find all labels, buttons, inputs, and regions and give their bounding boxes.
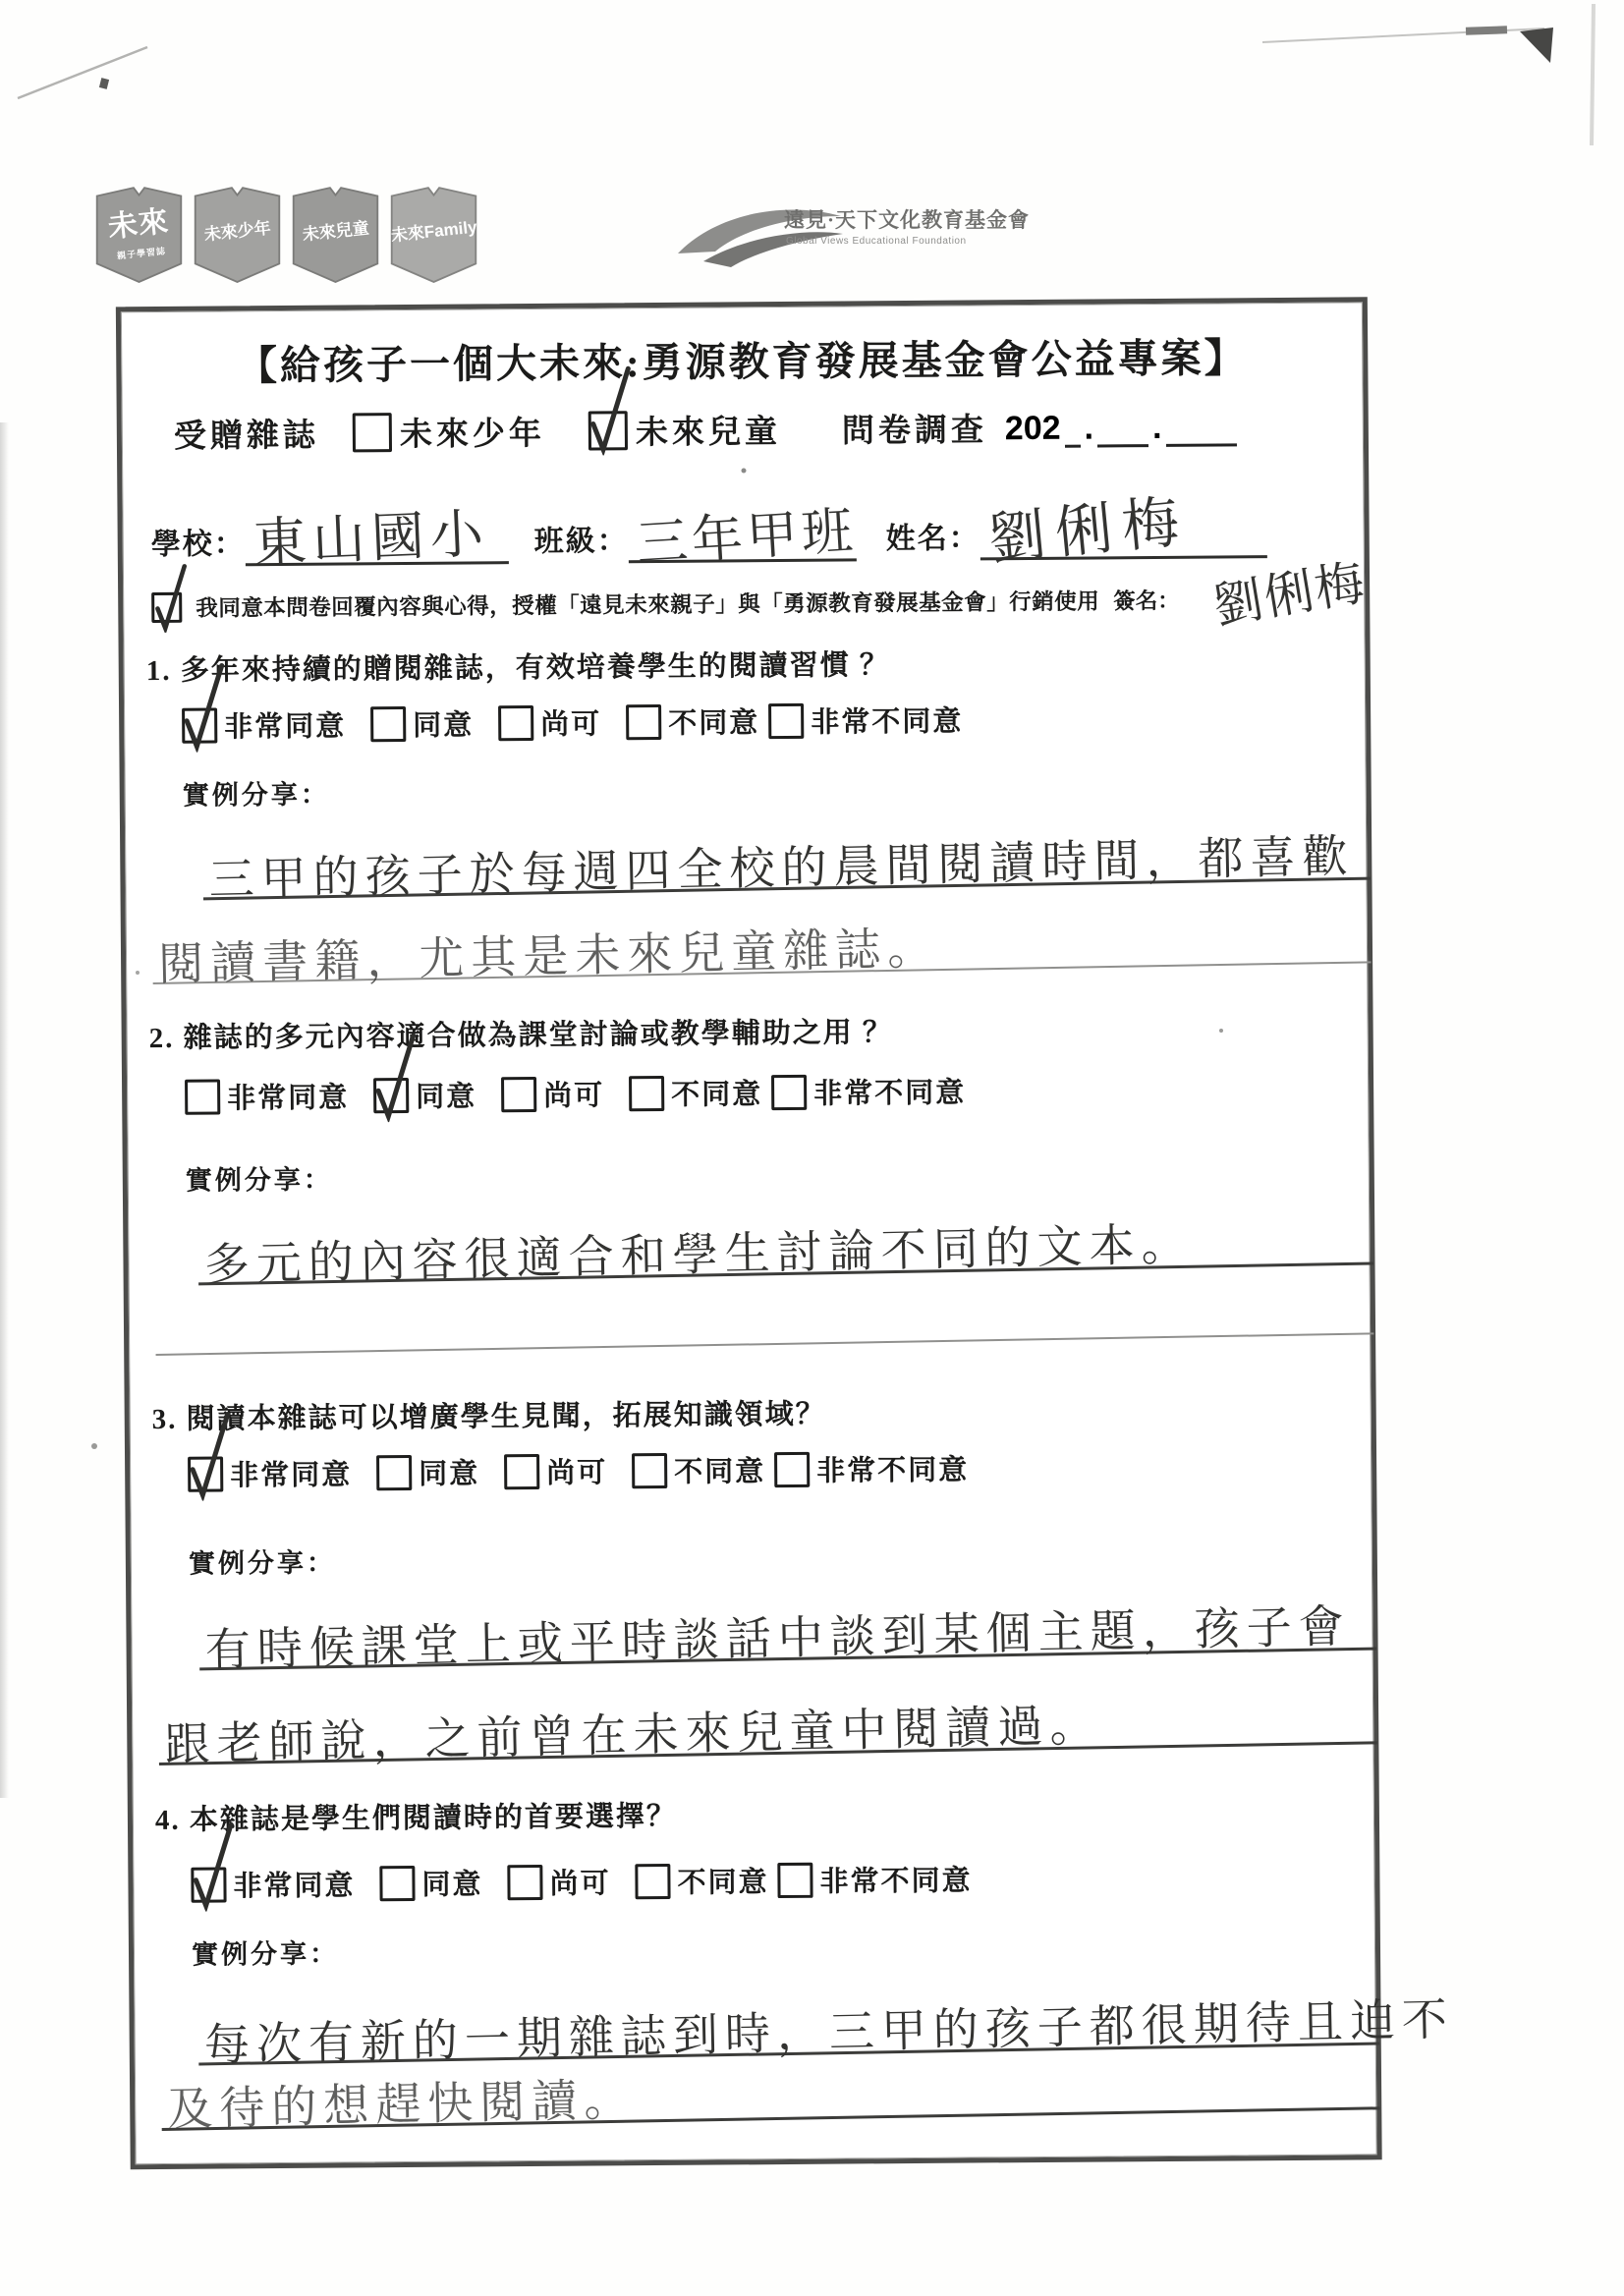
checkbox-strongly-disagree: [774, 1451, 810, 1486]
share-label: 實例分享：: [192, 1932, 339, 1972]
student-info-row: 學校： 東山國小 班級： 三年甲班 姓名： 劉俐梅: [150, 490, 1267, 567]
option-fair: 尚可: [504, 1450, 607, 1491]
checkbox-future-children: [588, 411, 628, 450]
logo-label: 未來兒童: [301, 213, 369, 245]
consent-checkbox: [151, 591, 182, 622]
option-strongly-agree: 非常同意: [188, 1452, 352, 1493]
checkbox-strongly-disagree: [777, 1862, 812, 1897]
question-1-text: 1. 多年來持續的贈閱雜誌，有效培養學生的閱讀習慣 ？: [146, 643, 891, 689]
class-label: 班級：: [534, 516, 629, 564]
school-handwriting: 東山國小: [252, 491, 490, 577]
option-strongly-agree: 非常同意: [182, 703, 346, 745]
option-fair: 尚可: [501, 1073, 604, 1114]
option-disagree: 不同意: [635, 1860, 768, 1901]
option-strongly-disagree: 非常不同意: [768, 700, 963, 742]
question-2-text: 2. 雜誌的多元內容適合做為課堂討論或教學輔助之用 ？: [149, 1010, 894, 1056]
question-2-options: 非常同意 同意 尚可 不同意 非常不同意: [185, 1071, 966, 1117]
answer-handwriting: 閱讀書籍，尤其是未來兒童雜誌。: [158, 913, 940, 994]
logo-label: 未來少年: [202, 213, 271, 245]
checkbox-agree: [376, 1454, 412, 1489]
option-disagree: 不同意: [632, 1449, 765, 1490]
checkbox-strongly-agree: [182, 707, 217, 743]
foundation-name-zh: 遠見·天下文化教育基金會: [784, 204, 1030, 234]
logo-future-junior: 未來少年: [192, 185, 283, 286]
magazine-option-label: 未來少年: [400, 408, 545, 455]
answer-line: 有時候課堂上或平時談話中談到某個主題，孩子會: [198, 1561, 1376, 1671]
checkbox-strongly-agree: [191, 1867, 226, 1902]
school-label: 學校：: [151, 519, 246, 567]
checkbox-agree: [370, 706, 406, 742]
question-3-options: 非常同意 同意 尚可 不同意 非常不同意: [188, 1448, 969, 1494]
consent-row: 我同意本問卷回覆內容與心得，授權「遠見未來親子」與「勇源教育發展基金會」行銷使用…: [151, 582, 1360, 623]
logo-sublabel: 親子學習誌: [116, 244, 166, 261]
survey-form-box: 【給孩子一個大未來:勇源教育發展基金會公益專案】 受贈雜誌 未來少年 未來兒童 …: [116, 297, 1382, 2169]
gift-magazine-row: 受贈雜誌 未來少年 未來兒童 問卷調查 202..: [174, 402, 1237, 456]
checkbox-future-junior: [353, 413, 392, 452]
option-strongly-agree: 非常同意: [185, 1075, 349, 1116]
option-agree: 同意: [373, 1074, 476, 1115]
checkbox-disagree: [632, 1452, 667, 1487]
option-fair: 尚可: [498, 701, 601, 743]
answer-line: 多元的內容很適合和學生討論不同的文本。: [197, 1178, 1373, 1286]
option-disagree: 不同意: [629, 1072, 762, 1113]
foundation-name-en: Global Views Educational Foundation: [786, 236, 967, 247]
logo-label: 未來: [105, 196, 170, 246]
scanned-survey-page: 未來親子學習誌 未來少年 未來兒童 未來Family 遠見·天下文化教育基金會: [0, 0, 1624, 2296]
option-agree: 同意: [379, 1862, 482, 1903]
question-3-text: 3. 閱讀本雜誌可以增廣學生見聞，拓展知識領域？: [152, 1392, 826, 1437]
option-strongly-agree: 非常同意: [191, 1863, 355, 1904]
date-blank: [1097, 405, 1148, 447]
logo-future-family: 未來Family: [388, 185, 479, 286]
date-blank: [1165, 404, 1236, 447]
class-field: 三年甲班: [628, 493, 857, 563]
magazine-option-junior: 未來少年: [353, 408, 545, 456]
option-fair: 尚可: [507, 1861, 610, 1902]
consent-text: 我同意本問卷回覆內容與心得，授權「遠見未來親子」與「勇源教育發展基金會」行銷使用: [196, 584, 1099, 622]
option-agree: 同意: [376, 1451, 479, 1492]
answer-line: 每次有新的一期雜誌到時，三甲的孩子都很期待且迫不: [197, 1958, 1379, 2066]
share-label: 實例分享：: [189, 1541, 336, 1581]
gift-row-label: 受贈雜誌: [174, 410, 319, 457]
checkbox-disagree: [629, 1075, 664, 1110]
checkbox-agree: [373, 1077, 409, 1112]
checkbox-disagree: [626, 703, 661, 739]
checkbox-strongly-agree: [185, 1079, 220, 1114]
name-label: 姓名：: [886, 513, 980, 561]
date-blank: [1064, 406, 1080, 448]
class-handwriting: 三年甲班: [635, 489, 859, 576]
logo-future-magazine: 未來親子學習誌: [93, 185, 185, 286]
answer-handwriting: 及待的想趕快閱讀。: [167, 2064, 637, 2139]
checkbox-strongly-agree: [188, 1456, 223, 1491]
checkbox-disagree: [635, 1863, 670, 1898]
question-1-options: 非常同意 同意 尚可 不同意 非常不同意: [182, 700, 963, 746]
option-strongly-disagree: 非常不同意: [777, 1859, 972, 1901]
scan-edge-shadow: [0, 422, 9, 1798]
checkbox-strongly-disagree: [768, 702, 804, 738]
school-field: 東山國小: [245, 496, 509, 566]
magazine-option-children: 未來兒童: [588, 406, 781, 454]
logo-future-children: 未來兒童: [290, 185, 381, 286]
share-label: 實例分享：: [186, 1158, 333, 1198]
checkbox-fair: [507, 1864, 542, 1899]
checkbox-agree: [379, 1865, 415, 1900]
magazine-option-label: 未來兒童: [636, 406, 781, 453]
answer-handwriting: 跟老師說，之前曾在未來兒童中閱讀過。: [164, 1690, 1102, 1774]
form-title: 【給孩子一個大未來:勇源教育發展基金會公益專案】: [122, 324, 1362, 392]
magazine-logo-row: 未來親子學習誌 未來少年 未來兒童 未來Family: [93, 185, 479, 286]
checkbox-fair: [504, 1453, 539, 1488]
logo-label: 未來Family: [389, 212, 477, 246]
option-agree: 同意: [370, 702, 474, 744]
name-field: 劉俐梅: [980, 490, 1267, 560]
foundation-logo: 遠見·天下文化教育基金會 Global Views Educational Fo…: [676, 193, 1030, 301]
checkbox-strongly-disagree: [771, 1074, 807, 1109]
question-4-options: 非常同意 同意 尚可 不同意 非常不同意: [191, 1859, 972, 1905]
name-handwriting: 劉俐梅: [984, 475, 1192, 576]
checkbox-fair: [501, 1076, 536, 1111]
checkbox-fair: [498, 704, 533, 740]
survey-date: 202..: [1005, 404, 1237, 448]
share-label: 實例分享：: [183, 773, 330, 812]
survey-year-prefix: 202: [1005, 410, 1061, 448]
option-strongly-disagree: 非常不同意: [774, 1448, 969, 1490]
signature-label: 簽名：: [1113, 584, 1180, 616]
option-disagree: 不同意: [626, 700, 759, 742]
survey-label: 問卷調查: [842, 404, 987, 451]
option-strongly-disagree: 非常不同意: [771, 1071, 966, 1113]
